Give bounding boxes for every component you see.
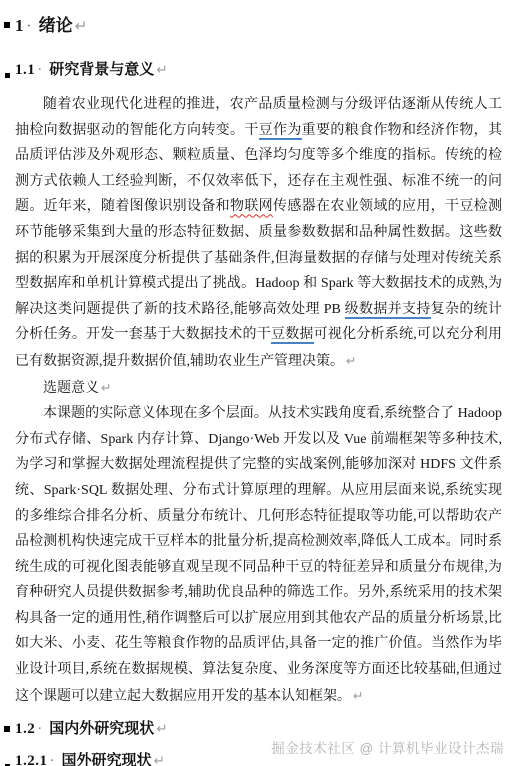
body-text-run: 传感器在农业领域的应用，干豆检测环节能够采集到大量的形态特征数据、质量参数数据和… xyxy=(15,199,502,316)
outline-square-icon xyxy=(5,73,10,78)
heading-title: 国外研究现状 xyxy=(62,753,152,766)
paragraph-mark-icon: ↵ xyxy=(156,721,167,737)
topic-label-text: 选题意义 xyxy=(43,381,99,396)
heading-title: 研究背景与意义 xyxy=(49,62,154,78)
body-text-run: 本课题的实际意义体现在多个层面。从技术实践角度看,系统整合了 Hadoop 分布… xyxy=(15,406,502,704)
proofing-blue-underlined-text: 豆数据 xyxy=(271,327,314,344)
heading-1-chapter: 1·绪论↵ xyxy=(15,14,502,38)
proofing-red-underlined-text: 物联网 xyxy=(230,199,273,214)
outline-square-icon xyxy=(4,726,10,732)
space-mark-icon: · xyxy=(50,753,55,766)
heading-number: 1 xyxy=(15,16,24,35)
proofing-blue-underlined-text: 豆作为 xyxy=(259,123,302,140)
space-mark-icon: · xyxy=(37,62,42,78)
outline-square-icon xyxy=(4,22,10,28)
paragraph-mark-icon: ↵ xyxy=(75,17,88,35)
paragraph-mark-icon: ↵ xyxy=(154,753,165,766)
heading-title: 国内外研究现状 xyxy=(49,721,154,737)
heading-1-1-section: 1.1·研究背景与意义↵ xyxy=(15,60,502,81)
body-paragraph-significance[interactable]: 本课题的实际意义体现在多个层面。从技术实践角度看,系统整合了 Hadoop 分布… xyxy=(15,401,502,709)
paragraph-mark-icon: ↵ xyxy=(101,380,112,395)
watermark: 掘金技术社区 @ 计算机毕业设计杰瑞 xyxy=(271,737,504,757)
space-mark-icon: · xyxy=(26,16,32,35)
heading-title: 绪论 xyxy=(39,16,73,35)
topic-significance-label[interactable]: 选题意义↵ xyxy=(15,375,502,402)
heading-number: 1.1 xyxy=(15,62,35,78)
document-page[interactable]: 1·绪论↵ 1.1·研究背景与意义↵ 随着农业现代化进程的推进，农产品质量检测与… xyxy=(0,0,515,766)
heading-number: 1.2 xyxy=(15,721,35,737)
paragraph-mark-icon: ↵ xyxy=(353,688,364,703)
space-mark-icon: · xyxy=(37,721,42,737)
proofing-blue-underlined-text: 级数据并支持 xyxy=(345,302,431,319)
paragraph-mark-icon: ↵ xyxy=(346,353,357,368)
body-paragraph-background[interactable]: 随着农业现代化进程的推进，农产品质量检测与分级评估逐渐从传统人工抽检向数据驱动的… xyxy=(15,92,502,375)
heading-number: 1.2.1 xyxy=(15,753,48,766)
paragraph-mark-icon: ↵ xyxy=(156,62,167,78)
